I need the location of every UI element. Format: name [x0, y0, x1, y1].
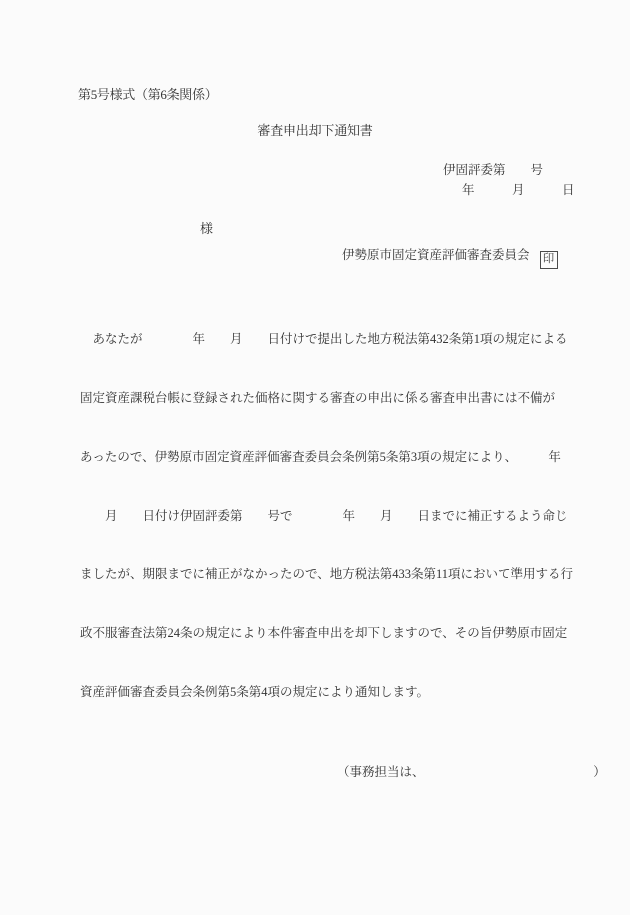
issuer-signature-row: 伊勢原市固定資産評価審査委員会 印 — [342, 248, 558, 269]
body-line: 政不服審査法第24条の規定により本件審査申出を却下しますので、その旨伊勢原市固定 — [80, 624, 580, 644]
body-line: 資産評価審査委員会条例第5条第4項の規定により通知します。 — [80, 683, 580, 703]
form-number: 第5号様式（第6条関係） — [78, 84, 217, 103]
recipient-honorific: 様 — [200, 218, 213, 237]
body-line: あなたが 年 月 日付けで提出した地方税法第432条第1項の規定による — [80, 330, 580, 350]
body-line: ましたが、期限までに補正がなかったので、地方税法第433条第11項において準用す… — [80, 565, 580, 585]
document-page: 第5号様式（第6条関係） 審査申出却下通知書 伊固評委第 号 年 月 日 様 伊… — [0, 0, 630, 915]
body-paragraph: あなたが 年 月 日付けで提出した地方税法第432条第1項の規定による 固定資産… — [80, 291, 580, 742]
body-line: 月 日付け伊固評委第 号で 年 月 日までに補正するよう命じ — [80, 507, 580, 527]
reference-number: 伊固評委第 号 — [443, 160, 543, 178]
clerk-contact-note: （事務担当は、 ） — [337, 762, 606, 780]
issue-date-line: 年 月 日 — [462, 180, 575, 198]
document-title: 審査申出却下通知書 — [0, 120, 630, 139]
body-line: 固定資産課税台帳に登録された価格に関する審査の申出に係る審査申出書には不備が — [80, 389, 580, 409]
issuer-name: 伊勢原市固定資産評価審査委員会 — [342, 248, 530, 262]
seal-icon: 印 — [543, 254, 555, 266]
official-seal-box: 印 — [540, 251, 558, 269]
body-line: あったので、伊勢原市固定資産評価審査委員会条例第5条第3項の規定により、 年 — [80, 448, 580, 468]
